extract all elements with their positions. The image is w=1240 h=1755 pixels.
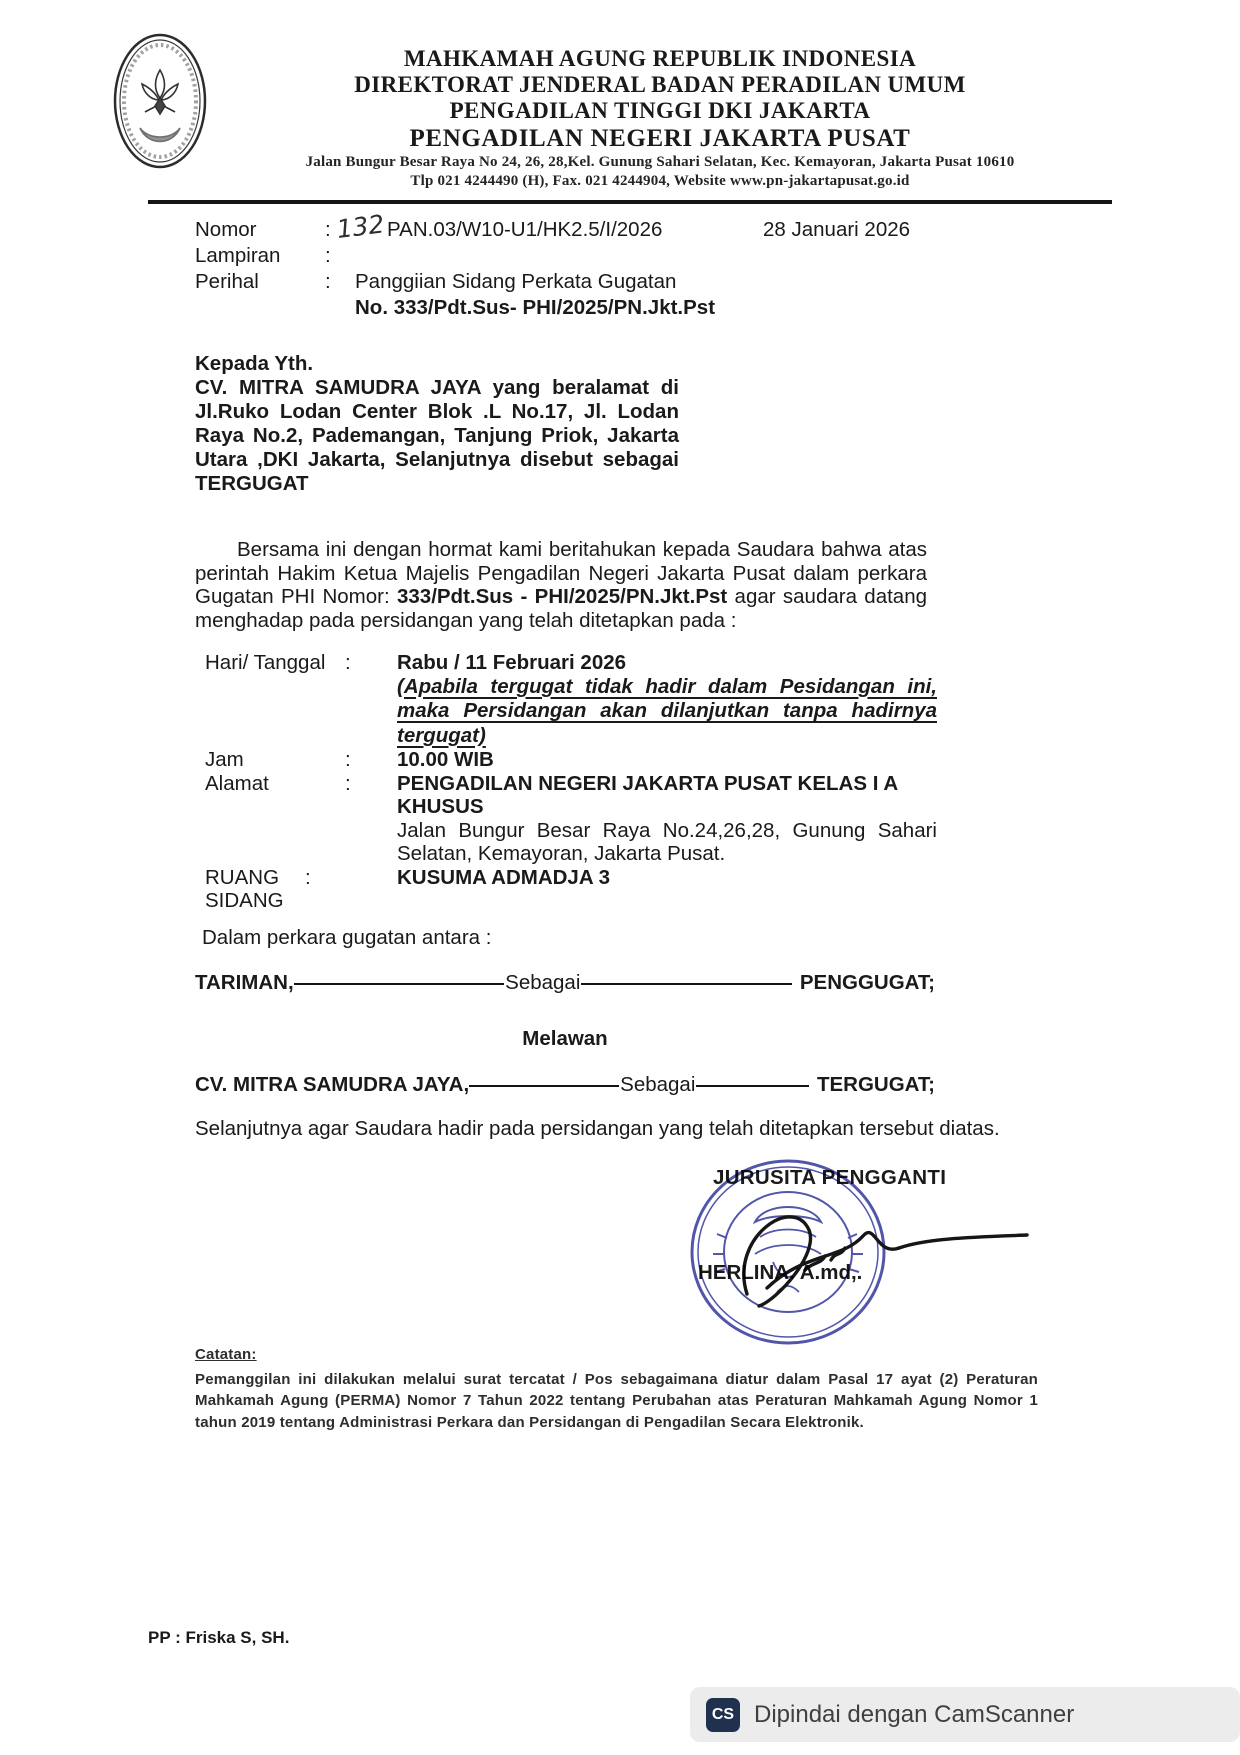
defendant-connector: Sebagai: [619, 1073, 696, 1097]
catatan-block: Catatan: Pemanggilan ini dilakukan melal…: [195, 1344, 1038, 1433]
hari-label: Hari/ Tanggal: [195, 651, 345, 748]
versus-label: Melawan: [195, 1027, 935, 1051]
org-line-2: DIREKTORAT JENDERAL BADAN PERADILAN UMUM: [185, 72, 1135, 98]
hari-warning-note: (Apabila tergugat tidak hadir dalam Pesi…: [397, 675, 937, 749]
defendant-role: TERGUGAT;: [817, 1073, 935, 1097]
closing-line: Selanjutnya agar Saudara hadir pada pers…: [195, 1117, 1000, 1141]
ruang-label: RUANG SIDANG: [195, 866, 305, 913]
recipient-address: CV. MITRA SAMUDRA JAYA yang beralamat di…: [195, 376, 679, 496]
meta-row-nomor: Nomor : 132 PAN.03/W10-U1/HK2.5/I/2026 2…: [195, 218, 1110, 241]
signer-name: HERLINA. A.md,.: [698, 1261, 862, 1285]
court-contact: Tlp 021 4244490 (H), Fax. 021 4244904, W…: [185, 172, 1135, 191]
org-line-3: PENGADILAN TINGGI DKI JAKARTA: [185, 98, 1135, 124]
catatan-text: Pemanggilan ini dilakukan melalui surat …: [195, 1369, 1038, 1434]
hari-colon: :: [345, 651, 397, 748]
dash-leader: [294, 983, 504, 985]
plaintiff-connector: Sebagai: [504, 971, 581, 995]
meta-row-perihal: Perihal : Panggiian Sidang Perkata Gugat…: [195, 270, 1110, 293]
jurusita-title: JURUSITA PENGGANTI: [713, 1166, 946, 1190]
dash-leader: [469, 1085, 619, 1087]
body-case-number: 333/Pdt.Sus - PHI/2025/PN.Jkt.Pst: [397, 585, 727, 608]
meta-row-lampiran: Lampiran :: [195, 244, 1110, 267]
ruang-colon: :: [305, 866, 397, 913]
court-address: Jalan Bungur Besar Raya No 24, 26, 28,Ke…: [185, 153, 1135, 172]
org-line-4: PENGADILAN NEGERI JAKARTA PUSAT: [185, 124, 1135, 153]
dash-leader: [696, 1085, 809, 1087]
lampiran-colon: :: [325, 244, 355, 267]
alamat-colon: :: [345, 772, 397, 866]
perihal-value: Panggiian Sidang Perkata Gugatan: [355, 270, 676, 293]
perihal-label: Perihal: [195, 270, 325, 293]
schedule-row-ruang: RUANG SIDANG : KUSUMA ADMADJA 3: [195, 866, 937, 913]
plaintiff-role: PENGGUGAT;: [800, 971, 935, 995]
schedule-row-hari: Hari/ Tanggal : Rabu / 11 Februari 2026 …: [195, 651, 937, 748]
defendant-name: CV. MITRA SAMUDRA JAYA,: [195, 1073, 469, 1097]
letter-meta: Nomor : 132 PAN.03/W10-U1/HK2.5/I/2026 2…: [195, 218, 1110, 319]
jam-colon: :: [345, 748, 397, 772]
org-line-1: MAHKAMAH AGUNG REPUBLIK INDONESIA: [185, 46, 1135, 72]
letter-date: 28 Januari 2026: [763, 218, 910, 241]
lampiran-label: Lampiran: [195, 244, 325, 267]
nomor-label: Nomor: [195, 218, 325, 241]
plaintiff-name: TARIMAN,: [195, 971, 294, 995]
perihal-colon: :: [325, 270, 355, 293]
perihal-case-number: No. 333/Pdt.Sus- PHI/2025/PN.Jkt.Pst: [355, 296, 1110, 319]
body-paragraph: Bersama ini dengan hormat kami beritahuk…: [195, 538, 927, 632]
hearing-schedule: Hari/ Tanggal : Rabu / 11 Februari 2026 …: [195, 651, 937, 913]
schedule-row-jam: Jam : 10.00 WIB: [195, 748, 937, 772]
pp-note: PP : Friska S, SH.: [148, 1628, 289, 1648]
ruang-value: KUSUMA ADMADJA 3: [397, 866, 937, 913]
letterhead-rule: [148, 200, 1112, 204]
camscanner-text: Dipindai dengan CamScanner: [754, 1701, 1074, 1729]
alamat-value: PENGADILAN NEGERI JAKARTA PUSAT KELAS I …: [397, 772, 937, 819]
case-parties-intro: Dalam perkara gugatan antara :: [202, 926, 491, 950]
alamat-label: Alamat: [195, 772, 345, 866]
recipient-salutation: Kepada Yth.: [195, 352, 679, 376]
handwritten-number: 132: [335, 212, 387, 241]
alamat-sub: Jalan Bungur Besar Raya No.24,26,28, Gun…: [397, 819, 937, 866]
dash-leader: [581, 983, 791, 985]
catatan-heading: Catatan:: [195, 1344, 1038, 1366]
schedule-row-alamat: Alamat : PENGADILAN NEGERI JAKARTA PUSAT…: [195, 772, 937, 866]
scanned-court-letter: MAHKAMAH AGUNG REPUBLIK INDONESIA DIREKT…: [0, 0, 1240, 1755]
defendant-line: CV. MITRA SAMUDRA JAYA, Sebagai TERGUGAT…: [195, 1073, 935, 1097]
letterhead: MAHKAMAH AGUNG REPUBLIK INDONESIA DIREKT…: [185, 46, 1135, 191]
camscanner-badge: CS Dipindai dengan CamScanner: [690, 1687, 1240, 1742]
jam-value: 10.00 WIB: [397, 748, 937, 772]
jam-label: Jam: [195, 748, 345, 772]
hari-value: Rabu / 11 Februari 2026: [397, 651, 937, 675]
nomor-value: PAN.03/W10-U1/HK2.5/I/2026: [387, 218, 662, 241]
camscanner-icon: CS: [706, 1698, 740, 1732]
plaintiff-line: TARIMAN, Sebagai PENGGUGAT;: [195, 971, 935, 995]
recipient-block: Kepada Yth. CV. MITRA SAMUDRA JAYA yang …: [195, 352, 679, 496]
